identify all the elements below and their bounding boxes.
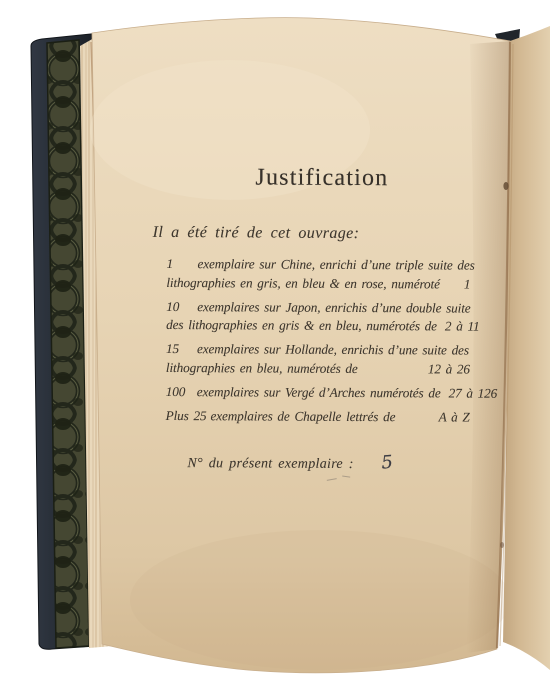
entry-text: exemplaire sur Chine, enrichi d’une trip… bbox=[197, 256, 474, 276]
entry-count: 10 bbox=[166, 298, 193, 317]
entry-text: des lithographies en gris & en bleu, num… bbox=[166, 316, 437, 336]
entry-text: exemplaires sur Japon, enrichis d’une do… bbox=[197, 298, 470, 318]
copy-number-line: N° du présent exemplaire : 5 bbox=[165, 451, 469, 474]
entry-text: lithographies en bleu, numérotés de bbox=[166, 359, 358, 379]
entry-number-range: 1 bbox=[456, 275, 471, 294]
entry-count: 1 bbox=[166, 255, 193, 274]
fold-spot-2 bbox=[500, 542, 504, 548]
entry-count: 15 bbox=[166, 340, 193, 359]
entry-number-range: 2 à 11 bbox=[437, 318, 480, 337]
edition-entry-arches: 100 exemplaires sur Vergé d’Arches numér… bbox=[166, 383, 470, 403]
book-photo: Justification Il a été tiré de cet ouvra… bbox=[0, 0, 550, 700]
entry-letter-range: A à Z bbox=[431, 408, 470, 427]
handwritten-copy-number: 5 bbox=[381, 452, 394, 474]
edition-entry-chapelle: Plus 25 exemplaires de Chapelle lettrés … bbox=[166, 407, 470, 427]
edition-entry-hollande: 15 exemplaires sur Hollande, enrichis d’… bbox=[166, 340, 470, 379]
fold-spot-1 bbox=[503, 182, 508, 190]
entry-text: exemplaires sur Vergé d’Arches numérotés… bbox=[197, 383, 441, 403]
edition-entry-japon: 10 exemplaires sur Japon, enrichis d’une… bbox=[166, 298, 470, 337]
copy-number-label: N° du présent exemplaire : bbox=[187, 457, 353, 474]
entry-text: lithographies en gris, en bleu & en rose… bbox=[166, 274, 440, 294]
entry-count: 100 bbox=[166, 383, 193, 402]
entry-number-range: 27 à 126 bbox=[441, 384, 498, 403]
entry-number-range: 12 à 26 bbox=[420, 360, 470, 379]
page-shadow-blob bbox=[130, 530, 510, 670]
edition-entries: 1 exemplaire sur Chine, enrichi d’une tr… bbox=[166, 255, 471, 427]
edition-entry-chine: 1 exemplaire sur Chine, enrichi d’une tr… bbox=[166, 255, 470, 294]
page-title: Justification bbox=[170, 164, 474, 192]
entry-count: Plus 25 bbox=[166, 407, 207, 426]
intro-line: Il a été tiré de cet ouvrage: bbox=[153, 223, 471, 245]
justification-page: Justification Il a été tiré de cet ouvra… bbox=[165, 164, 471, 474]
entry-text: exemplaires sur Hollande, enrichis d’une… bbox=[197, 341, 469, 361]
entry-text: exemplaires de Chapelle lettrés de bbox=[210, 407, 395, 426]
